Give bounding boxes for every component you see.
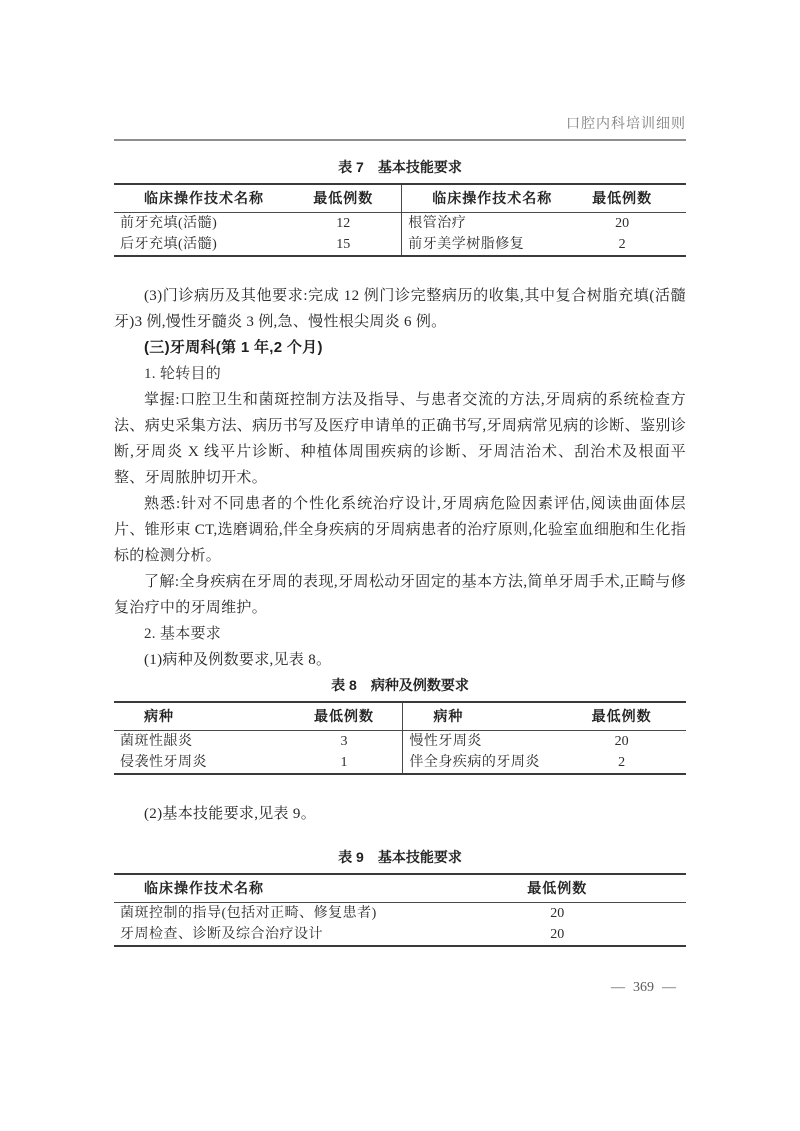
cell: 前牙美学树脂修复 bbox=[402, 234, 559, 256]
paragraph: (3)门诊病历及其他要求:完成 12 例门诊完整病历的收集,其中复合树脂充填(活… bbox=[114, 283, 686, 335]
column-header: 病种 bbox=[114, 702, 286, 731]
table8-header-row: 病种 最低例数 病种 最低例数 bbox=[114, 702, 686, 731]
cell: 2 bbox=[558, 234, 686, 256]
table-row: 菌斑控制的指导(包括对正畸、修复患者) 20 bbox=[114, 903, 686, 925]
subsection-heading: 2. 基本要求 bbox=[114, 621, 686, 647]
table-row: 后牙充填(活髓) 15 前牙美学树脂修复 2 bbox=[114, 234, 686, 256]
table7-title: 表 7 基本技能要求 bbox=[114, 157, 686, 177]
cell: 后牙充填(活髓) bbox=[114, 234, 285, 256]
paragraph: 掌握:口腔卫生和菌斑控制方法及指导、与患者交流的方法,牙周病的系统检查方法、病史… bbox=[114, 387, 686, 491]
cell: 20 bbox=[557, 731, 686, 753]
column-header: 临床操作技术名称 bbox=[114, 874, 429, 903]
cell: 牙周检查、诊断及综合治疗设计 bbox=[114, 924, 429, 946]
cell: 12 bbox=[285, 213, 401, 235]
cell: 2 bbox=[557, 752, 686, 774]
page-number: —369— bbox=[114, 979, 686, 997]
cell: 20 bbox=[558, 213, 686, 235]
table9: 临床操作技术名称 最低例数 菌斑控制的指导(包括对正畸、修复患者) 20 牙周检… bbox=[114, 873, 686, 947]
running-header: 口腔内科培训细则 bbox=[114, 116, 686, 134]
section-heading: (三)牙周科(第 1 年,2 个月) bbox=[114, 335, 686, 361]
column-header: 最低例数 bbox=[557, 702, 686, 731]
page-number-value: 369 bbox=[633, 980, 654, 995]
column-header: 最低例数 bbox=[285, 184, 401, 213]
page-number-dash: — bbox=[611, 980, 625, 995]
column-header: 临床操作技术名称 bbox=[402, 184, 559, 213]
cell: 15 bbox=[285, 234, 401, 256]
page-content: 口腔内科培训细则 表 7 基本技能要求 临床操作技术名称 最低例数 临床操作技术… bbox=[114, 0, 686, 997]
header-rule bbox=[114, 139, 686, 141]
body-text: (3)门诊病历及其他要求:完成 12 例门诊完整病历的收集,其中复合树脂充填(活… bbox=[114, 283, 686, 673]
paragraph: 熟悉:针对不同患者的个性化系统治疗设计,牙周病危险因素评估,阅读曲面体层片、锥形… bbox=[114, 491, 686, 569]
cell: 伴全身疾病的牙周炎 bbox=[403, 752, 557, 774]
column-header: 最低例数 bbox=[429, 874, 686, 903]
cell: 菌斑性龈炎 bbox=[114, 731, 286, 753]
paragraph: (1)病种及例数要求,见表 8。 bbox=[114, 647, 686, 673]
table7: 临床操作技术名称 最低例数 临床操作技术名称 最低例数 前牙充填(活髓) 12 … bbox=[114, 183, 686, 257]
paragraph: (2)基本技能要求,见表 9。 bbox=[114, 801, 686, 827]
document-page: 口腔内科培训细则 表 7 基本技能要求 临床操作技术名称 最低例数 临床操作技术… bbox=[0, 0, 800, 1131]
table8-title: 表 8 病种及例数要求 bbox=[114, 675, 686, 695]
table8: 病种 最低例数 病种 最低例数 菌斑性龈炎 3 慢性牙周炎 20 侵袭性牙周炎 … bbox=[114, 701, 686, 775]
page-number-dash: — bbox=[662, 980, 676, 995]
table-row: 菌斑性龈炎 3 慢性牙周炎 20 bbox=[114, 731, 686, 753]
column-header: 病种 bbox=[403, 702, 557, 731]
cell: 1 bbox=[286, 752, 403, 774]
table9-header-row: 临床操作技术名称 最低例数 bbox=[114, 874, 686, 903]
cell: 根管治疗 bbox=[402, 213, 559, 235]
table7-header-row: 临床操作技术名称 最低例数 临床操作技术名称 最低例数 bbox=[114, 184, 686, 213]
column-header: 临床操作技术名称 bbox=[114, 184, 285, 213]
table-row: 牙周检查、诊断及综合治疗设计 20 bbox=[114, 924, 686, 946]
cell: 3 bbox=[286, 731, 403, 753]
table-row: 前牙充填(活髓) 12 根管治疗 20 bbox=[114, 213, 686, 235]
cell: 菌斑控制的指导(包括对正畸、修复患者) bbox=[114, 903, 429, 925]
table-row: 侵袭性牙周炎 1 伴全身疾病的牙周炎 2 bbox=[114, 752, 686, 774]
column-header: 最低例数 bbox=[286, 702, 403, 731]
cell: 20 bbox=[429, 924, 686, 946]
paragraph: 了解:全身疾病在牙周的表现,牙周松动牙固定的基本方法,简单牙周手术,正畸与修复治… bbox=[114, 569, 686, 621]
subsection-heading: 1. 轮转目的 bbox=[114, 361, 686, 387]
cell: 20 bbox=[429, 903, 686, 925]
table9-title: 表 9 基本技能要求 bbox=[114, 847, 686, 867]
cell: 前牙充填(活髓) bbox=[114, 213, 285, 235]
cell: 侵袭性牙周炎 bbox=[114, 752, 286, 774]
cell: 慢性牙周炎 bbox=[403, 731, 557, 753]
column-header: 最低例数 bbox=[558, 184, 686, 213]
